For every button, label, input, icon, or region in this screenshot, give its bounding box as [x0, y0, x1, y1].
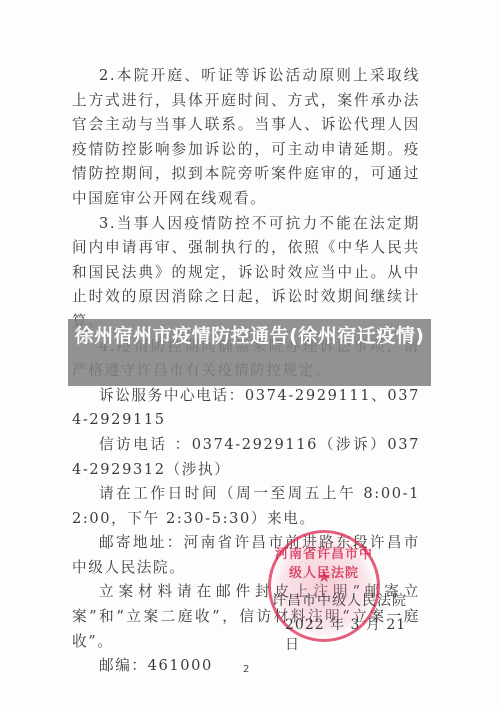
page-number: 2 — [243, 664, 249, 675]
title-banner: 徐州宿州市疫情防控通告(徐州宿迁疫情) — [68, 319, 431, 386]
signature-date: 2022 年 3 月 21 日 — [285, 614, 425, 654]
signature-court: 许昌市中级人民法院 — [272, 590, 412, 610]
petition-phone: 信访电话 ：0374-2929116（涉诉）0374-2929312（涉执） — [72, 433, 420, 482]
call-hours: 请在工作日时间（周一至周五上午 8:00-12:00，下午 2:30-5:30）… — [72, 482, 420, 531]
banner-title: 徐州宿州市疫情防控通告(徐州宿迁疫情) — [68, 322, 431, 350]
star-icon: ★ — [317, 567, 331, 586]
paragraph-item-3: 3.当事人因疫情防控不可抗力不能在法定期间内申请再审、强制执行的，依照《中华人民… — [72, 212, 420, 335]
service-center-phone: 诉讼服务中心电话：0374-2929111、0374-2929115 — [72, 384, 420, 433]
paragraph-item-2: 2.本院开庭、听证等诉讼活动原则上采取线上方式进行，具体开庭时间、方式，案件承办… — [72, 64, 420, 212]
